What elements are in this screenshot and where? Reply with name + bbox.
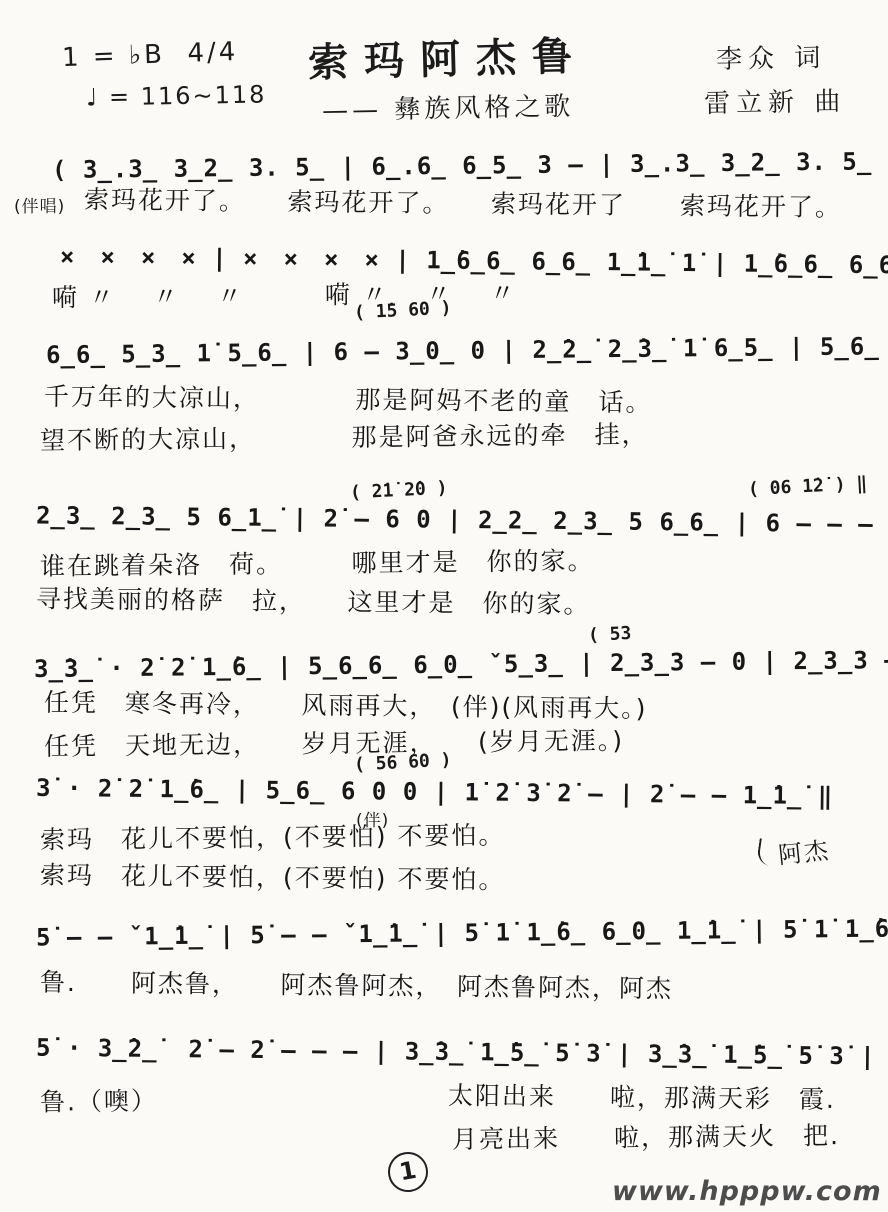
notation-line: 2̲3̲ 2̲3̲ 5 6̲1̲̇ | 2̇ — 6 0 | 2̲2̲ 2̲3̲… xyxy=(36,501,888,538)
key-signature: 1 = ♭B 4/4 xyxy=(62,37,239,73)
lyrics-line-verse2: 望不断的大凉山， 那是阿爸永远的牵 挂， xyxy=(40,415,649,457)
slur-mark-icon xyxy=(756,838,773,866)
accompaniment-annotation: ( 53 xyxy=(587,623,631,646)
notation-line: ( 3̲.3̲ 3̲2̲ 3. 5̲ | 6̲.6̲ 6̲5̲ 3 — | 3̲… xyxy=(52,144,888,184)
lyrics-line-verse2: 月亮出来 啦，那满天火 把. xyxy=(452,1116,840,1156)
notation-line: 5̇ — — ˇ1̲̇1̲̇ | 5̇ — — ˇ1̲̇1̲̇ | 5̇ 1̇ … xyxy=(36,913,888,952)
song-subtitle: —— 彝族风格之歌 xyxy=(322,86,575,127)
page-number-text: 1 xyxy=(397,1156,418,1186)
lyrics-line-verse2: 任凭 天地无边， 岁月无涯， (岁月无涯。) xyxy=(44,721,624,763)
lyrics-line-verse1: 太阳出来 啦，那满天彩 霞. xyxy=(448,1076,836,1116)
lyrics-line-verse1: 谁在跳着朵洛 荷。 哪里才是 你的家。 xyxy=(40,541,595,583)
song-title: 索玛阿杰鲁 xyxy=(307,24,588,88)
lyricist-credit: 李众 词 xyxy=(716,37,827,76)
notation-line: 3̲̇3̲̇ · 2̇ 2̇ 1̲̇6̲ | 5̲6̲6̲ 6̲0̲ ˇ5̲3̲… xyxy=(34,645,888,683)
accompaniment-vocal-label: (伴唱) xyxy=(14,192,65,217)
notation-line: 6̲6̲ 5̲3̲ 1̇ 5̲6̲ | 6 — 3̲0̲ 0 | 2̲̇2̲̇ … xyxy=(46,331,888,369)
tempo-marking: ♩ = 116~118 xyxy=(86,80,267,111)
lyrics-line: 鲁.（噢） xyxy=(40,1081,158,1118)
lyrics-line: 鲁. 阿杰鲁， 阿杰鲁阿杰， 阿杰鲁阿杰，阿杰 xyxy=(40,963,673,1006)
pickup-lyric-text: 阿杰 xyxy=(777,836,832,869)
sheet-music-page: 1 = ♭B 4/4 ♩ = 116~118 索玛阿杰鲁 —— 彝族风格之歌 李… xyxy=(0,0,888,1212)
lyrics-line: 索玛花开了。 索玛花开了。 索玛花开了 索玛花开了。 xyxy=(84,180,842,224)
page-number: 1 xyxy=(385,1149,431,1195)
notation-line: 3̇ · 2̇ 2̇ 1̲̇6̲ | 5̲6̲ 6 0 0 | 1̇ 2̇ 3̇… xyxy=(36,774,834,810)
accompaniment-annotation: ( 1̇5 60 ) xyxy=(354,297,453,323)
lyrics-line-verse2: 寻找美丽的格萨 拉， 这里才是 你的家。 xyxy=(36,579,591,621)
pickup-lyric: 阿杰 xyxy=(756,830,831,872)
lyrics-line-verse1: 千万年的大凉山， 那是阿妈不老的童 话。 xyxy=(44,377,653,419)
lyrics-line-verse1: 索玛 花儿不要怕，(不要怕) 不要怕。 xyxy=(40,816,506,857)
composer-credit: 雷立新 曲 xyxy=(704,81,847,120)
lyrics-line-verse2: 索玛 花儿不要怕，(不要怕) 不要怕。 xyxy=(40,856,506,897)
watermark: www.hpppw.com xyxy=(612,1176,882,1207)
accompaniment-annotation: ( 56 60 ) xyxy=(354,749,453,775)
accompaniment-annotation: ( 2̇1̇ 2̇0 ) xyxy=(350,477,449,503)
notation-line: 5̇ · 3̲̇2̲̇ 2̇ — 2̇ — — — | 3̲̇3̲̇ 1̲̇5̲… xyxy=(36,1034,876,1071)
lyrics-line-verse1: 任凭 寒冬再冷， 风雨再大， (伴)(风雨再大。) xyxy=(44,683,648,725)
accompaniment-annotation: ( 06 1̇2̇ ) ‖ xyxy=(748,473,868,500)
